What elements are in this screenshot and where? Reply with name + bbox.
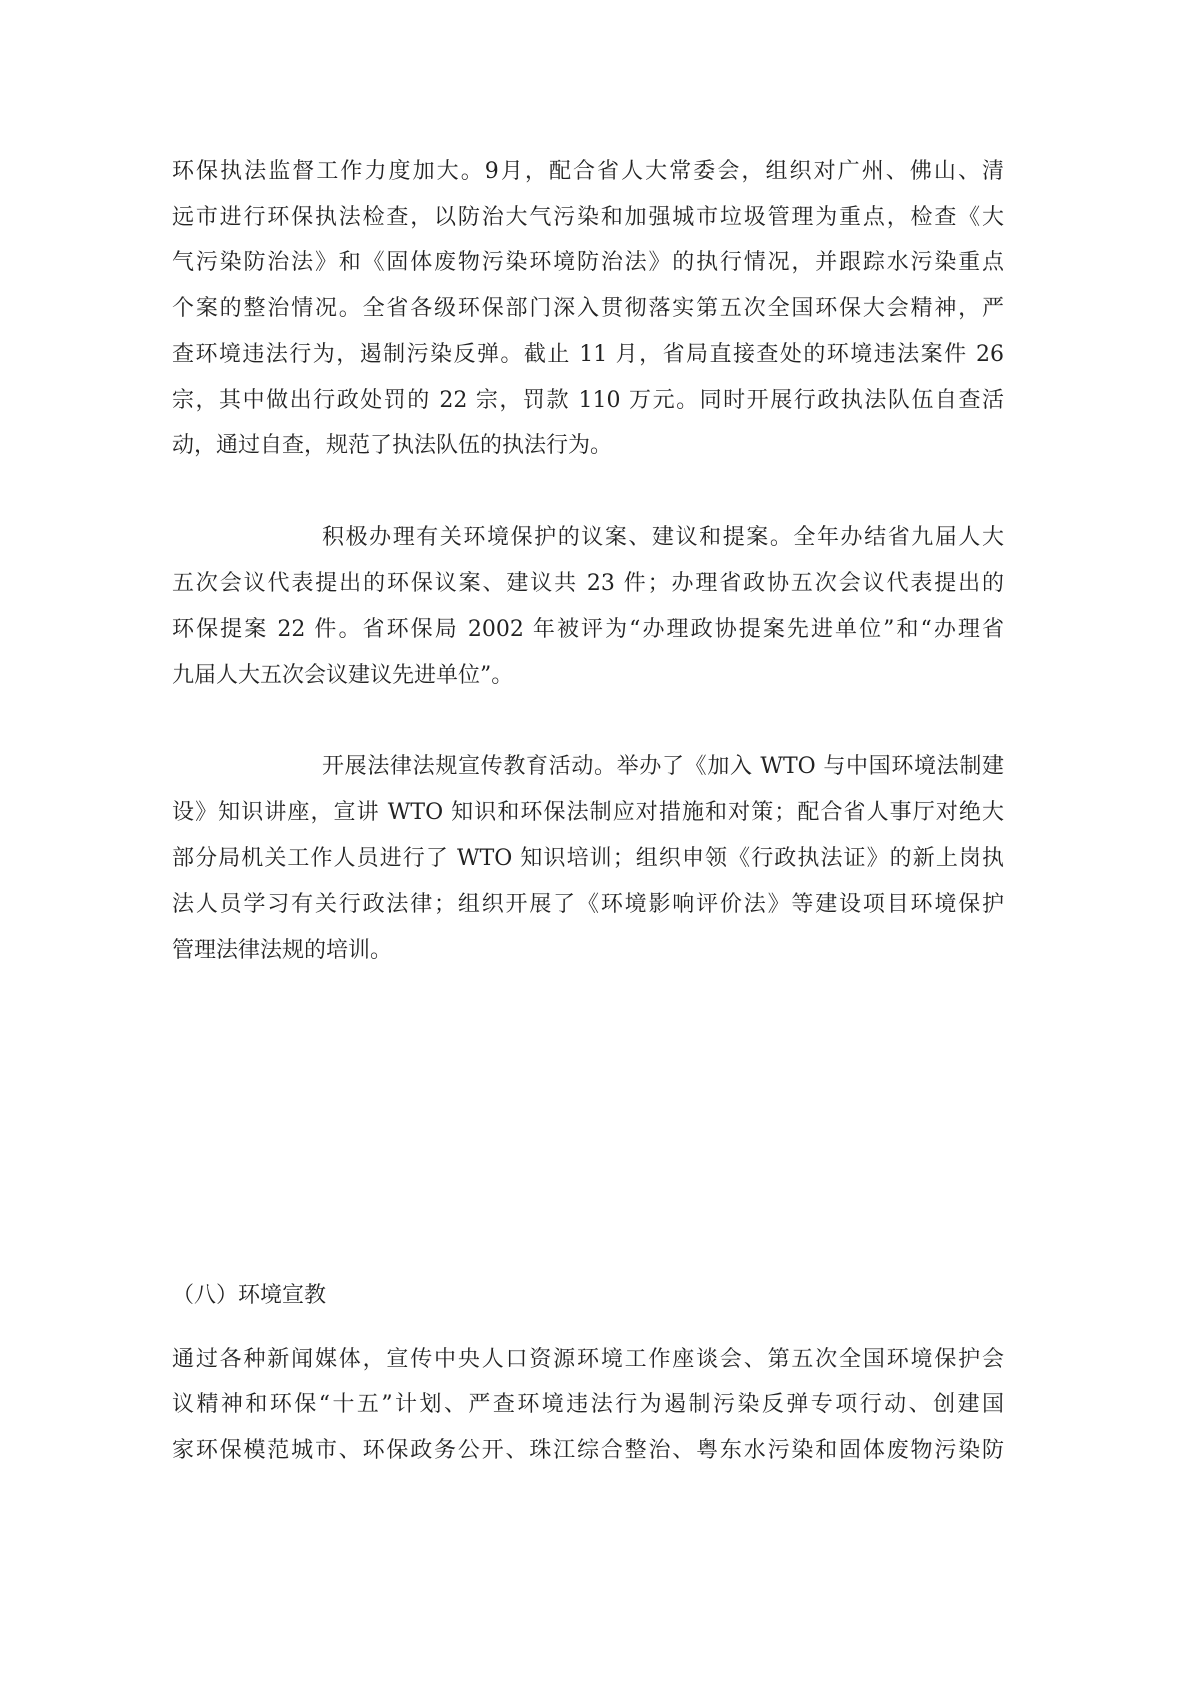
section-paragraph-line-3: 家环保模范城市、环保政务公开、珠江综合整治、粤东水污染和固体废物污染防 [172,1436,1004,1466]
paragraph-1-line-2: 远市进行环保执法检查，以防治大气污染和加强城市垃圾管理为重点，检查《大 [172,203,1004,233]
paragraph-1-line-6: 宗，其中做出行政处罚的 22 宗，罚款 110 万元。同时开展行政执法队伍自查活 [172,386,1004,416]
paragraph-3-line-5: 管理法律法规的培训。 [172,936,1004,966]
paragraph-3-line-1: 开展法律法规宣传教育活动。举办了《加入 WTO 与中国环境法制建 [322,752,1004,782]
document-page: 环保执法监督工作力度加大。9月，配合省人大常委会，组织对广州、佛山、清 远市进行… [0,0,1191,1684]
section-paragraph-line-2: 议精神和环保“十五”计划、严查环境违法行为遏制污染反弹专项行动、创建国 [172,1390,1004,1420]
paragraph-2-line-1: 积极办理有关环境保护的议案、建议和提案。全年办结省九届人大 [322,523,1004,553]
paragraph-1-line-4: 个案的整治情况。全省各级环保部门深入贯彻落实第五次全国环保大会精神，严 [172,294,1004,324]
paragraph-3-line-3: 部分局机关工作人员进行了 WTO 知识培训；组织申领《行政执法证》的新上岗执 [172,844,1004,874]
paragraph-1-line-7: 动，通过自查，规范了执法队伍的执法行为。 [172,431,1004,461]
paragraph-3-line-2: 设》知识讲座，宣讲 WTO 知识和环保法制应对措施和对策；配合省人事厅对绝大 [172,798,1004,828]
section-paragraph-line-1: 通过各种新闻媒体，宣传中央人口资源环境工作座谈会、第五次全国环境保护会 [172,1345,1004,1375]
paragraph-3-line-4: 法人员学习有关行政法律；组织开展了《环境影响评价法》等建设项目环境保护 [172,890,1004,920]
paragraph-2-line-3: 环保提案 22 件。省环保局 2002 年被评为“办理政协提案先进单位”和“办理… [172,615,1004,645]
paragraph-2-line-2: 五次会议代表提出的环保议案、建议共 23 件；办理省政协五次会议代表提出的 [172,569,1004,599]
paragraph-1-line-1: 环保执法监督工作力度加大。9月，配合省人大常委会，组织对广州、佛山、清 [172,157,1004,187]
paragraph-1-line-3: 气污染防治法》和《固体废物污染环境防治法》的执行情况，并跟踪水污染重点 [172,248,1004,278]
section-heading: （八）环境宣教 [172,1281,326,1311]
paragraph-1-line-5: 查环境违法行为，遏制污染反弹。截止 11 月，省局直接查处的环境违法案件 26 [172,340,1004,370]
paragraph-2-line-4: 九届人大五次会议建议先进单位”。 [172,661,1004,691]
